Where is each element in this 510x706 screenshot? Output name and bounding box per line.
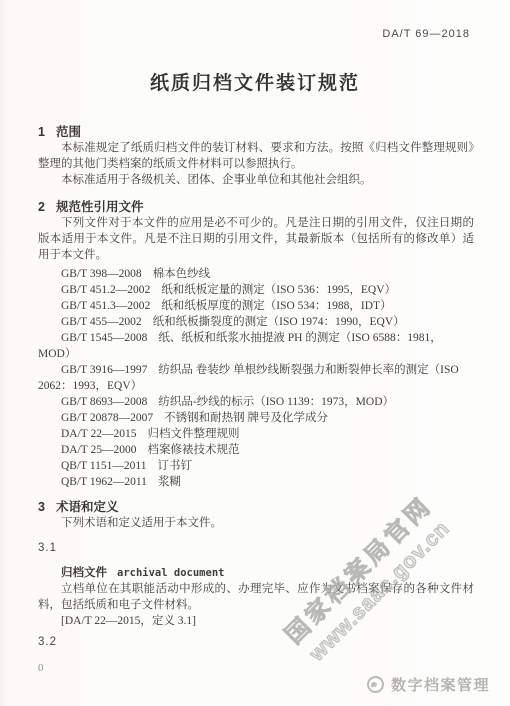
footer-logo: 数字档案管理 bbox=[367, 674, 490, 695]
reference-item: GB/T 20878—2007不锈钢和耐热钢 牌号及化学成分 bbox=[38, 410, 474, 426]
reference-item: GB/T 398—2008棉本色纱线 bbox=[38, 266, 474, 282]
reference-code: GB/T 3916—1997 bbox=[61, 364, 147, 376]
section-1-title: 范围 bbox=[56, 125, 81, 139]
reference-item: GB/T 451.3—2002纸和纸板厚度的测定（ISO 534：1988，ID… bbox=[38, 298, 474, 314]
reference-title: 纸和纸板定量的测定（ISO 536：1995，EQV） bbox=[161, 284, 396, 296]
section-3-number: 3 bbox=[38, 500, 45, 514]
section-3-title: 术语和定义 bbox=[56, 500, 119, 514]
reference-code: GB/T 8693—2008 bbox=[61, 396, 147, 408]
reference-code: DA/T 25—2000 bbox=[61, 444, 137, 456]
reference-item: GB/T 1545—2008纸、纸板和纸浆水抽提液 PH 的测定（ISO 658… bbox=[38, 330, 474, 362]
reference-code: QB/T 1962—2011 bbox=[61, 476, 147, 488]
term-english: archival document bbox=[117, 567, 224, 579]
section-2-intro: 下列文件对于本文件的应用是必不可少的。凡是注日期的引用文件，仅注日期的版本适用于… bbox=[38, 215, 474, 263]
document-title: 纸质归档文件装订规范 bbox=[0, 68, 510, 95]
reference-item: QB/T 1962—2011浆糊 bbox=[38, 474, 474, 490]
reference-title: 棉本色纱线 bbox=[153, 268, 211, 280]
reference-code: QB/T 1151—2011 bbox=[61, 460, 147, 472]
reference-item: DA/T 25—2000档案修裱技术规范 bbox=[38, 442, 474, 458]
reference-item: GB/T 3916—1997纺织品 卷装纱 单根纱线断裂强力和断裂伸长率的测定（… bbox=[38, 362, 474, 394]
document-body: 1范围 本标准规定了纸质归档文件的装订材料、要求和方法。按照《归档文件整理规则》… bbox=[38, 118, 474, 676]
reference-title: 浆糊 bbox=[158, 476, 181, 488]
reference-item: GB/T 455—2002纸和纸板撕裂度的测定（ISO 1974：1990，EQ… bbox=[38, 314, 474, 330]
term-chinese: 归档文件 bbox=[61, 567, 107, 579]
reference-title: 归档文件整理规则 bbox=[148, 428, 240, 440]
document-page: DA/T 69—2018 纸质归档文件装订规范 1范围 本标准规定了纸质归档文件… bbox=[0, 0, 510, 706]
reference-code: GB/T 455—2002 bbox=[61, 316, 142, 328]
definition-source: [DA/T 22—2015，定义 3.1] bbox=[38, 613, 474, 629]
section-2-title: 规范性引用文件 bbox=[56, 200, 144, 214]
reference-title: 不锈钢和耐热钢 牌号及化学成分 bbox=[164, 412, 328, 424]
reference-title: 订书钉 bbox=[158, 460, 193, 472]
clause-3-1: 3.1 bbox=[38, 540, 474, 556]
reference-code: GB/T 398—2008 bbox=[61, 268, 142, 280]
reference-code: DA/T 22—2015 bbox=[61, 428, 137, 440]
normative-references-list: GB/T 398—2008棉本色纱线 GB/T 451.2—2002纸和纸板定量… bbox=[38, 266, 474, 490]
reference-title: 档案修裱技术规范 bbox=[148, 444, 240, 456]
reference-item: GB/T 451.2—2002纸和纸板定量的测定（ISO 536：1995，EQ… bbox=[38, 282, 474, 298]
standard-code: DA/T 69—2018 bbox=[382, 28, 470, 40]
section-3-heading: 3术语和定义 bbox=[38, 499, 474, 515]
reference-title: 纺织品-纱线的标示（ISO 1139：1973，MOD） bbox=[158, 396, 394, 408]
reference-code: GB/T 1545—2008 bbox=[61, 332, 147, 344]
term-line: 归档文件archival document bbox=[38, 565, 474, 581]
reference-code: GB/T 451.2—2002 bbox=[61, 284, 150, 296]
section-1-number: 1 bbox=[38, 125, 45, 139]
section-1-heading: 1范围 bbox=[38, 124, 474, 140]
reference-code: GB/T 20878—2007 bbox=[61, 412, 153, 424]
term-definition: 立档单位在其职能活动中形成的、办理完毕、应作为文书档案保存的各种文件材料，包括纸… bbox=[38, 581, 474, 613]
reference-title: 纸和纸板撕裂度的测定（ISO 1974：1990，EQV） bbox=[153, 316, 405, 328]
footer-logo-label: 数字档案管理 bbox=[391, 674, 490, 695]
section-1-paragraph-2: 本标准适用于各级机关、团体、企事业单位和其他社会组织。 bbox=[38, 172, 474, 188]
reference-code: GB/T 451.3—2002 bbox=[61, 300, 150, 312]
reference-title: 纸和纸板厚度的测定（ISO 534：1988，IDT） bbox=[161, 300, 391, 312]
section-2-number: 2 bbox=[38, 200, 45, 214]
section-2-heading: 2规范性引用文件 bbox=[38, 199, 474, 215]
reference-item: QB/T 1151—2011订书钉 bbox=[38, 458, 474, 474]
reference-item: DA/T 22—2015归档文件整理规则 bbox=[38, 426, 474, 442]
section-3-intro: 下列术语和定义适用于本文件。 bbox=[38, 515, 474, 531]
section-1-paragraph-1: 本标准规定了纸质归档文件的装订材料、要求和方法。按照《归档文件整理规则》整理的其… bbox=[38, 140, 474, 172]
reference-item: GB/T 8693—2008纺织品-纱线的标示（ISO 1139：1973，MO… bbox=[38, 394, 474, 410]
logo-dot bbox=[371, 682, 377, 687]
clause-3-2: 3.2 bbox=[38, 634, 474, 650]
swirl-logo-icon bbox=[367, 676, 384, 693]
